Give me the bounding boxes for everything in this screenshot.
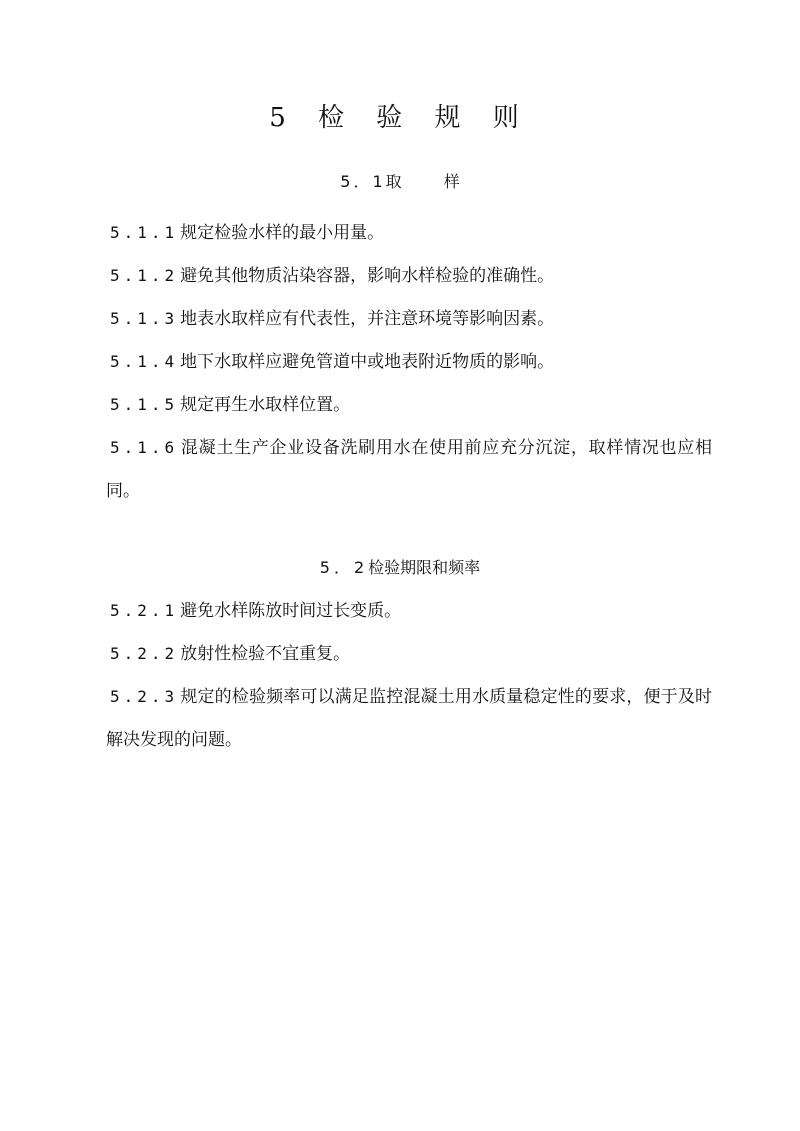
section-number: 5．1	[340, 172, 385, 191]
clause-number: 5.1.5	[110, 395, 178, 414]
clause-text: 规定检验水样的最小用量。	[180, 223, 384, 243]
chapter-number: 5	[269, 103, 298, 133]
clause-number: 5.1.6	[110, 438, 178, 457]
clause-5-1-2: 5.1.2避免其他物质沾染容器，影响水样检验的准确性。	[106, 254, 712, 298]
clause-number: 5.1.3	[110, 309, 178, 328]
section-number: 5．2	[320, 558, 368, 577]
section-heading-5-1: 5．1取样	[0, 170, 800, 194]
clause-text: 规定的检验频率可以满足监控混凝土用水质量稳定性的要求，便于及时解决发现的问题。	[106, 687, 712, 750]
clause-5-1-3: 5.1.3地表水取样应有代表性，并注意环境等影响因素。	[106, 297, 712, 341]
clause-text: 避免水样陈放时间过长变质。	[180, 601, 401, 621]
clause-5-2-2: 5.2.2放射性检验不宜重复。	[106, 632, 712, 676]
clause-5-1-1: 5.1.1规定检验水样的最小用量。	[106, 211, 712, 255]
chapter-title-text: 检 验 规 则	[318, 103, 531, 133]
section-title-text: 检验期限和频率	[368, 558, 480, 577]
chapter-title: 5 检 验 规 则	[0, 100, 800, 136]
clause-number: 5.1.2	[110, 266, 178, 285]
clause-text: 地下水取样应避免管道中或地表附近物质的影响。	[180, 352, 554, 372]
clause-5-2-3: 5.2.3规定的检验频率可以满足监控混凝土用水质量稳定性的要求，便于及时解决发现…	[106, 675, 712, 762]
clause-text: 地表水取样应有代表性，并注意环境等影响因素。	[180, 309, 554, 329]
clause-number: 5.2.1	[110, 601, 178, 620]
clause-text: 混凝土生产企业设备洗刷用水在使用前应充分沉淀，取样情况也应相同。	[106, 438, 712, 501]
clause-5-1-5: 5.1.5规定再生水取样位置。	[106, 383, 712, 427]
section-title-part2: 样	[444, 172, 460, 191]
clause-number: 5.1.4	[110, 352, 178, 371]
document-page: 5 检 验 规 则 5．1取样 5.1.1规定检验水样的最小用量。 5.1.2避…	[0, 0, 800, 1131]
clause-number: 5.1.1	[110, 223, 178, 242]
clause-number: 5.2.2	[110, 644, 178, 663]
clause-text: 避免其他物质沾染容器，影响水样检验的准确性。	[180, 266, 554, 286]
clause-text: 放射性检验不宜重复。	[180, 644, 350, 664]
clause-number: 5.2.3	[110, 687, 178, 706]
section-title-part1: 取	[386, 172, 402, 191]
clause-5-2-1: 5.2.1避免水样陈放时间过长变质。	[106, 589, 712, 633]
clause-text: 规定再生水取样位置。	[180, 395, 350, 415]
clause-5-1-4: 5.1.4地下水取样应避免管道中或地表附近物质的影响。	[106, 340, 712, 384]
clause-5-1-6: 5.1.6混凝土生产企业设备洗刷用水在使用前应充分沉淀，取样情况也应相同。	[106, 426, 712, 513]
section-heading-5-2: 5．2检验期限和频率	[0, 556, 800, 580]
